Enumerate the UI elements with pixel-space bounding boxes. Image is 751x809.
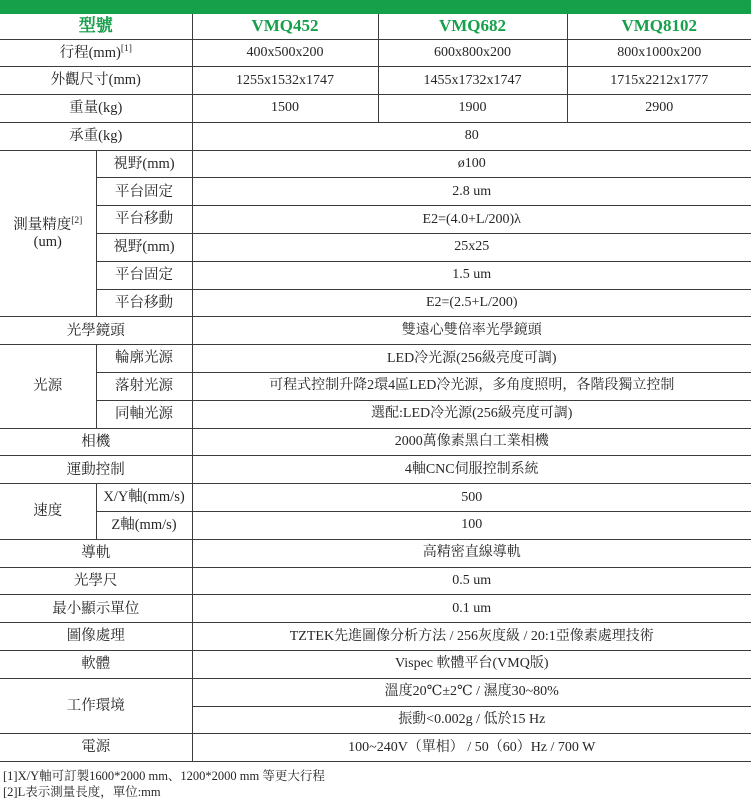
row-lens: 光學鏡頭 雙遠心雙倍率光學鏡頭 [0,317,751,345]
image-processing-label: 圖像處理 [0,623,192,651]
light-sub-label-3: 同軸光源 [96,400,192,428]
lens-value: 雙遠心雙倍率光學鏡頭 [192,317,751,345]
row-power: 電源 100~240V（單相） / 50（60）Hz / 700 W [0,734,751,762]
power-label: 電源 [0,734,192,762]
row-accuracy-1: 測量精度[2](um) 視野(mm) ø100 [0,150,751,178]
weight-value-3: 2900 [567,95,751,123]
row-light-2: 落射光源 可程式控制升降2環4區LED冷光源，多角度照明，各階段獨立控制 [0,373,751,401]
row-scale: 光學尺 0.5 um [0,567,751,595]
light-sub-label-1: 輪廓光源 [96,345,192,373]
accuracy-value-4: 25x25 [192,234,751,262]
light-value-2: 可程式控制升降2環4區LED冷光源，多角度照明，各階段獨立控制 [192,373,751,401]
accuracy-sub-label-3: 平台移動 [96,206,192,234]
accuracy-value-3: E2=(4.0+L/200)λ [192,206,751,234]
row-camera: 相機 2000萬像素黑白工業相機 [0,428,751,456]
accuracy-value-1: ø100 [192,150,751,178]
footnote-2: [2]L表示測量長度，單位:mm [3,785,751,801]
model-name-vmq452: VMQ452 [192,14,378,39]
software-label: 軟體 [0,651,192,679]
dimensions-value-3: 1715x2212x1777 [567,67,751,95]
accuracy-group-label: 測量精度[2](um) [0,150,96,317]
row-speed-2: Z軸(mm/s) 100 [0,512,751,540]
guide-label: 導軌 [0,539,192,567]
light-group-label: 光源 [0,345,96,428]
environment-group-label: 工作環境 [0,678,192,734]
light-value-1: LED冷光源(256級亮度可調) [192,345,751,373]
scale-value: 0.5 um [192,567,751,595]
weight-label: 重量(kg) [0,95,192,123]
row-software: 軟體 Vispec 軟體平台(VMQ版) [0,651,751,679]
image-processing-value: TZTEK先進圖像分析方法 / 256灰度級 / 20:1亞像素處理技術 [192,623,751,651]
scale-label: 光學尺 [0,567,192,595]
speed-value-1: 500 [192,484,751,512]
row-accuracy-2: 平台固定 2.8 um [0,178,751,206]
camera-label: 相機 [0,428,192,456]
row-weight: 重量(kg) 1500 1900 2900 [0,95,751,123]
row-image-processing: 圖像處理 TZTEK先進圖像分析方法 / 256灰度級 / 20:1亞像素處理技… [0,623,751,651]
speed-group-label: 速度 [0,484,96,540]
travel-label: 行程(mm)[1] [0,39,192,67]
motion-value: 4軸CNC伺服控制系統 [192,456,751,484]
row-travel: 行程(mm)[1] 400x500x200 600x800x200 800x10… [0,39,751,67]
speed-sub-label-1: X/Y軸(mm/s) [96,484,192,512]
row-load: 承重(kg) 80 [0,122,751,150]
weight-value-2: 1900 [378,95,567,123]
row-accuracy-6: 平台移動 E2=(2.5+L/200) [0,289,751,317]
model-column-header: 型號 [0,14,192,39]
accuracy-sub-label-1: 視野(mm) [96,150,192,178]
dimensions-value-1: 1255x1532x1747 [192,67,378,95]
row-environment-1: 工作環境 溫度20℃±2℃ / 濕度30~80% [0,678,751,706]
load-value: 80 [192,122,751,150]
row-accuracy-3: 平台移動 E2=(4.0+L/200)λ [0,206,751,234]
display-unit-label: 最小顯示單位 [0,595,192,623]
accuracy-value-6: E2=(2.5+L/200) [192,289,751,317]
footnote-1: [1]X/Y軸可訂製1600*2000 mm、1200*2000 mm 等更大行… [3,769,751,785]
accuracy-value-2: 2.8 um [192,178,751,206]
row-light-1: 光源 輪廓光源 LED冷光源(256級亮度可調) [0,345,751,373]
footnotes: [1]X/Y軸可訂製1600*2000 mm、1200*2000 mm 等更大行… [0,769,751,800]
accuracy-label-text: 測量精度 [13,217,71,233]
model-name-vmq8102: VMQ8102 [567,14,751,39]
row-accuracy-4: 視野(mm) 25x25 [0,234,751,262]
accuracy-value-5: 1.5 um [192,261,751,289]
power-value: 100~240V（單相） / 50（60）Hz / 700 W [192,734,751,762]
row-accuracy-5: 平台固定 1.5 um [0,261,751,289]
guide-value: 高精密直線導軌 [192,539,751,567]
motion-label: 運動控制 [0,456,192,484]
travel-value-2: 600x800x200 [378,39,567,67]
load-label: 承重(kg) [0,122,192,150]
speed-sub-label-2: Z軸(mm/s) [96,512,192,540]
lens-label: 光學鏡頭 [0,317,192,345]
software-value: Vispec 軟體平台(VMQ版) [192,651,751,679]
dimensions-label: 外觀尺寸(mm) [0,67,192,95]
dimensions-value-2: 1455x1732x1747 [378,67,567,95]
environment-value-2: 振動<0.002g / 低於15 Hz [192,706,751,734]
travel-value-1: 400x500x200 [192,39,378,67]
environment-value-1: 溫度20℃±2℃ / 濕度30~80% [192,678,751,706]
accuracy-sub-label-6: 平台移動 [96,289,192,317]
row-light-3: 同軸光源 選配:LED冷光源(256級亮度可調) [0,400,751,428]
accuracy-sub-label-4: 視野(mm) [96,234,192,262]
row-display-unit: 最小顯示單位 0.1 um [0,595,751,623]
accuracy-sub-label-5: 平台固定 [96,261,192,289]
camera-value: 2000萬像素黑白工業相機 [192,428,751,456]
display-unit-value: 0.1 um [192,595,751,623]
spec-table: 型號 VMQ452 VMQ682 VMQ8102 行程(mm)[1] 400x5… [0,14,751,762]
model-name-vmq682: VMQ682 [378,14,567,39]
row-motion: 運動控制 4軸CNC伺服控制系統 [0,456,751,484]
row-speed-1: 速度 X/Y軸(mm/s) 500 [0,484,751,512]
accuracy-sub-label-2: 平台固定 [96,178,192,206]
accuracy-unit-text: (um) [34,234,62,250]
light-sub-label-2: 落射光源 [96,373,192,401]
footnote-ref-2: [2] [71,216,82,226]
travel-value-3: 800x1000x200 [567,39,751,67]
header-row: 型號 VMQ452 VMQ682 VMQ8102 [0,14,751,39]
row-guide: 導軌 高精密直線導軌 [0,539,751,567]
travel-label-text: 行程(mm) [60,45,121,61]
footnote-ref-1: [1] [121,44,132,54]
top-accent-bar [0,0,751,14]
row-dimensions: 外觀尺寸(mm) 1255x1532x1747 1455x1732x1747 1… [0,67,751,95]
light-value-3: 選配:LED冷光源(256級亮度可調) [192,400,751,428]
speed-value-2: 100 [192,512,751,540]
weight-value-1: 1500 [192,95,378,123]
